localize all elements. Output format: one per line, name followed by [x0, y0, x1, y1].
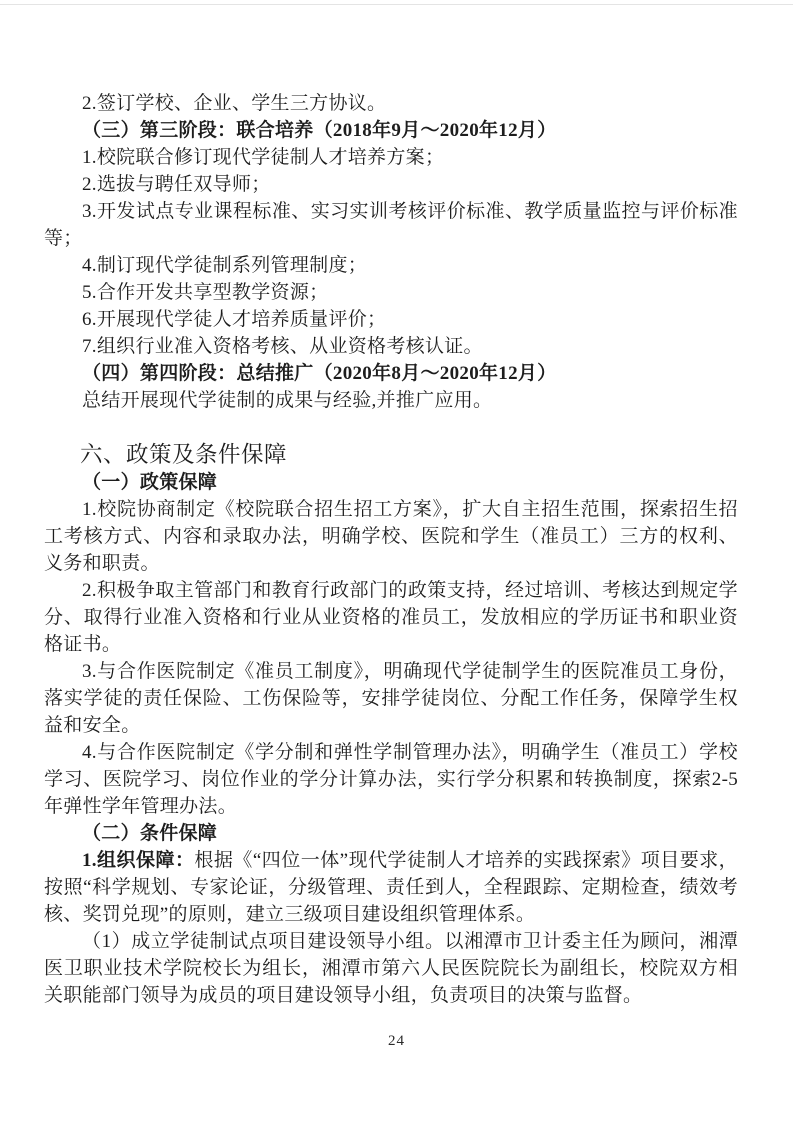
- subsection-heading-two: （二）条件保障: [44, 820, 738, 847]
- paragraph: 总结开展现代学徒制的成果与经验,并推广应用。: [44, 387, 738, 414]
- list-item: 3.开发试点专业课程标准、实习实训考核评价标准、教学质量监控与评价标准等；: [44, 198, 738, 252]
- paragraph: 1.校院协商制定《校院联合招生招工方案》，扩大自主招生范围，探索招生招工考核方式…: [44, 496, 738, 577]
- paragraph: 1.组织保障：根据《“四位一体”现代学徒制人才培养的实践探索》项目要求，按照“科…: [44, 847, 738, 928]
- list-item: 6.开展现代学徒人才培养质量评价；: [44, 306, 738, 333]
- document-content: 2.签订学校、企业、学生三方协议。 （三）第三阶段：联合培养（2018年9月～2…: [44, 90, 738, 1009]
- list-item: 1.校院联合修订现代学徒制人才培养方案；: [44, 144, 738, 171]
- scan-artifact-line: [0, 4, 793, 5]
- page-footer: 24: [0, 1032, 793, 1050]
- stage-heading-three: （三）第三阶段：联合培养（2018年9月～2020年12月）: [44, 117, 738, 144]
- page-number: 24: [388, 1033, 405, 1049]
- document-page: 2.签订学校、企业、学生三方协议。 （三）第三阶段：联合培养（2018年9月～2…: [0, 0, 793, 1122]
- paragraph-lead: 1.组织保障：: [82, 850, 194, 871]
- list-item: 7.组织行业准入资格考核、从业资格考核认证。: [44, 333, 738, 360]
- paragraph: 3.与合作医院制定《准员工制度》，明确现代学徒制学生的医院准员工身份，落实学徒的…: [44, 658, 738, 739]
- section-heading-six: 六、政策及条件保障: [44, 440, 738, 469]
- paragraph: 2.签订学校、企业、学生三方协议。: [44, 90, 738, 117]
- subsection-heading-one: （一）政策保障: [44, 469, 738, 496]
- stage-heading-four: （四）第四阶段：总结推广（2020年8月～2020年12月）: [44, 360, 738, 387]
- paragraph: 4.与合作医院制定《学分制和弹性学制管理办法》，明确学生（准员工）学校学习、医院…: [44, 739, 738, 820]
- paragraph: 2.积极争取主管部门和教育行政部门的政策支持，经过培训、考核达到规定学分、取得行…: [44, 577, 738, 658]
- list-item: 2.选拔与聘任双导师；: [44, 171, 738, 198]
- list-item: 5.合作开发共享型教学资源；: [44, 279, 738, 306]
- paragraph: （1）成立学徒制试点项目建设领导小组。以湘潭市卫计委主任为顾问，湘潭医卫职业技术…: [44, 928, 738, 1009]
- list-item: 4.制订现代学徒制系列管理制度；: [44, 252, 738, 279]
